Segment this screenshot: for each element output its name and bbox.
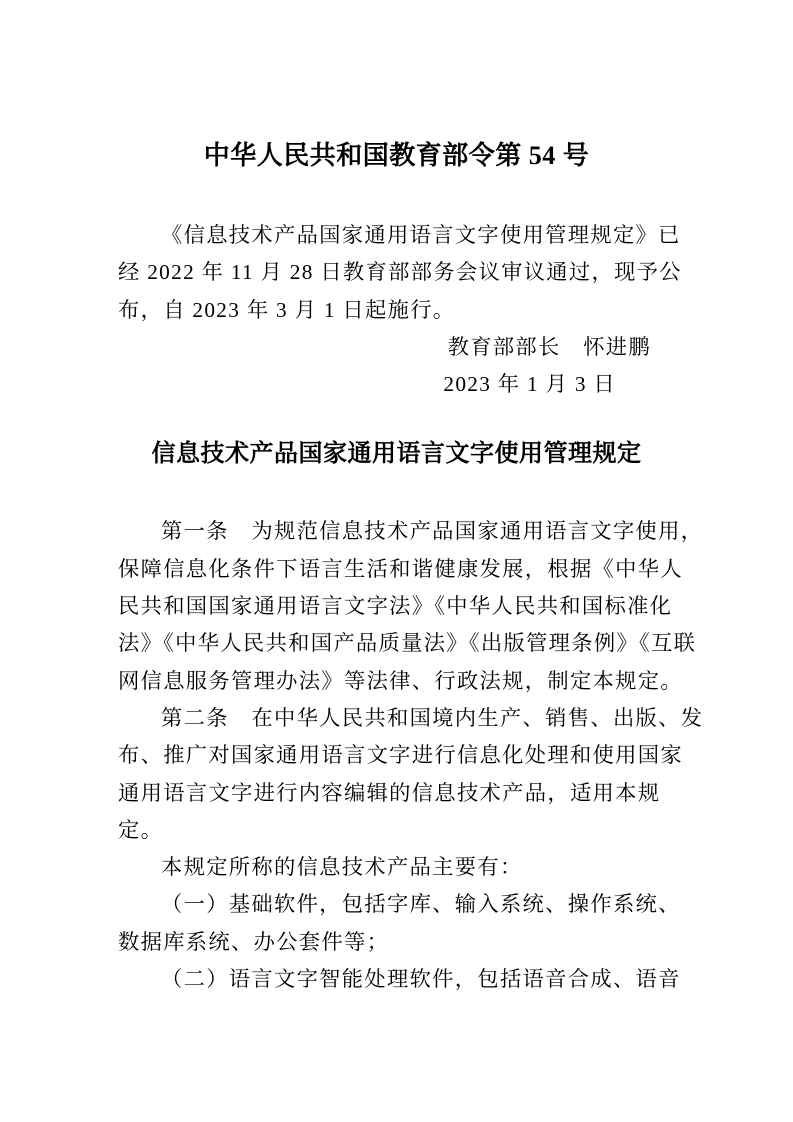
signer-name: 教育部部长 怀进鹏	[118, 329, 693, 366]
text-line: （一）基础软件，包括字库、输入系统、操作系统、	[118, 886, 693, 923]
text-line: （二）语言文字智能处理软件，包括语音合成、语音	[118, 961, 693, 998]
text-line: 通用语言文字进行内容编辑的信息技术产品，适用本规	[118, 775, 693, 812]
regulation-title: 信息技术产品国家通用语言文字使用管理规定	[0, 439, 793, 470]
text-line: 布、推广对国家通用语言文字进行信息化处理和使用国家	[118, 737, 693, 774]
regulation-body: 第一条 为规范信息技术产品国家通用语言文字使用，保障信息化条件下语言生活和谐健康…	[118, 513, 693, 998]
text-line: 定。	[118, 812, 693, 849]
text-line: 网信息服务管理办法》等法律、行政法规，制定本规定。	[118, 663, 693, 700]
text-line: 第二条 在中华人民共和国境内生产、销售、出版、发	[118, 700, 693, 737]
issue-date: 2023 年 1 月 3 日	[118, 366, 693, 403]
text-line: 经 2022 年 11 月 28 日教育部部务会议审议通过，现予公	[118, 254, 693, 291]
text-line: 第一条 为规范信息技术产品国家通用语言文字使用，	[118, 513, 693, 550]
text-line: 法》《中华人民共和国产品质量法》《出版管理条例》《互联	[118, 625, 693, 662]
preamble-paragraph: 《信息技术产品国家通用语言文字使用管理规定》已经 2022 年 11 月 28 …	[118, 217, 693, 329]
order-number-title: 中华人民共和国教育部令第 54 号	[0, 139, 793, 173]
document-page: 中华人民共和国教育部令第 54 号 《信息技术产品国家通用语言文字使用管理规定》…	[0, 0, 793, 1122]
text-line: 保障信息化条件下语言生活和谐健康发展，根据《中华人	[118, 551, 693, 588]
text-line: 布，自 2023 年 3 月 1 日起施行。	[118, 292, 693, 329]
text-line: 《信息技术产品国家通用语言文字使用管理规定》已	[118, 217, 693, 254]
text-line: 民共和国国家通用语言文字法》《中华人民共和国标准化	[118, 588, 693, 625]
text-line: 数据库系统、办公套件等；	[118, 924, 693, 961]
text-line: 本规定所称的信息技术产品主要有：	[118, 849, 693, 886]
